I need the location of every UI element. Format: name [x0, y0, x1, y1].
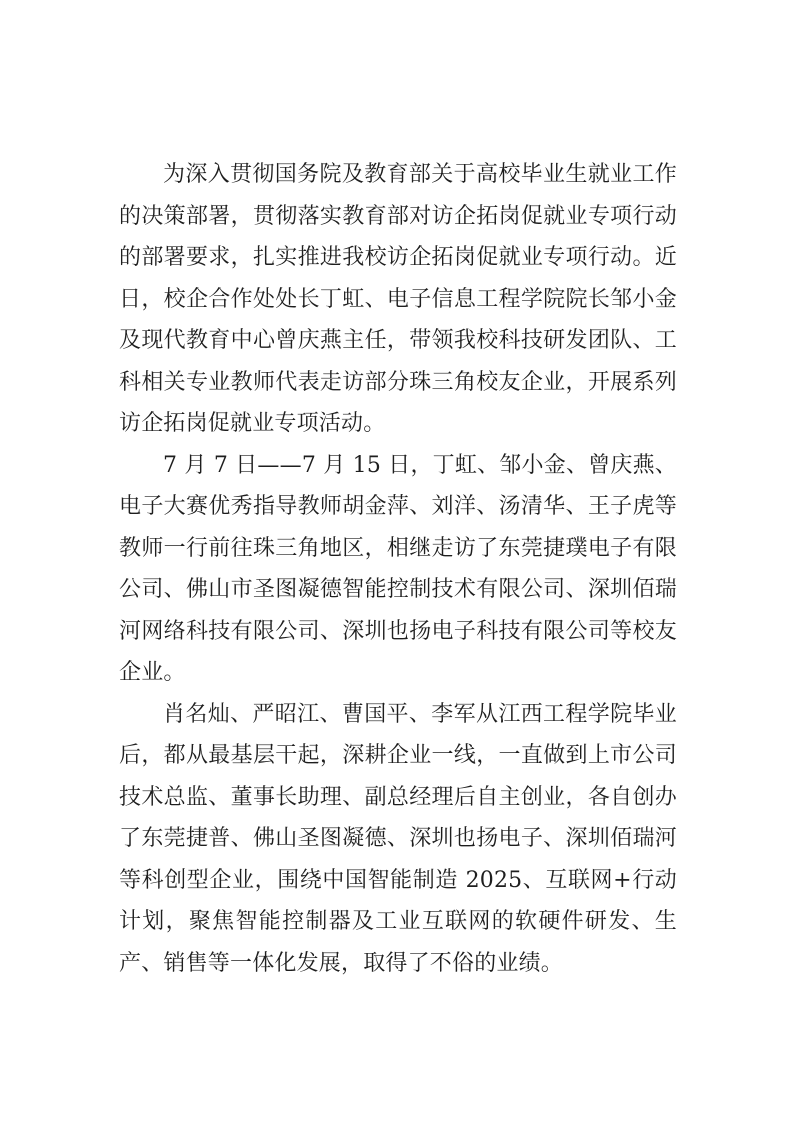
document-body-text: 为深入贯彻国务院及教育部关于高校毕业生就业工作的决策部署，贯彻落实教育部对访企拓… [119, 154, 677, 984]
document-page: 为深入贯彻国务院及教育部关于高校毕业生就业工作的决策部署，贯彻落实教育部对访企拓… [0, 0, 793, 1122]
paragraph-alumni-achievements: 肖名灿、严昭江、曹国平、李军从江西工程学院毕业后，都从最基层干起，深耕企业一线，… [119, 694, 677, 985]
paragraph-visit-schedule: 7 月 7 日——7 月 15 日，丁虹、邹小金、曾庆燕、电子大赛优秀指导教师胡… [119, 445, 677, 694]
paragraph-intro-policy: 为深入贯彻国务院及教育部关于高校毕业生就业工作的决策部署，贯彻落实教育部对访企拓… [119, 154, 677, 445]
